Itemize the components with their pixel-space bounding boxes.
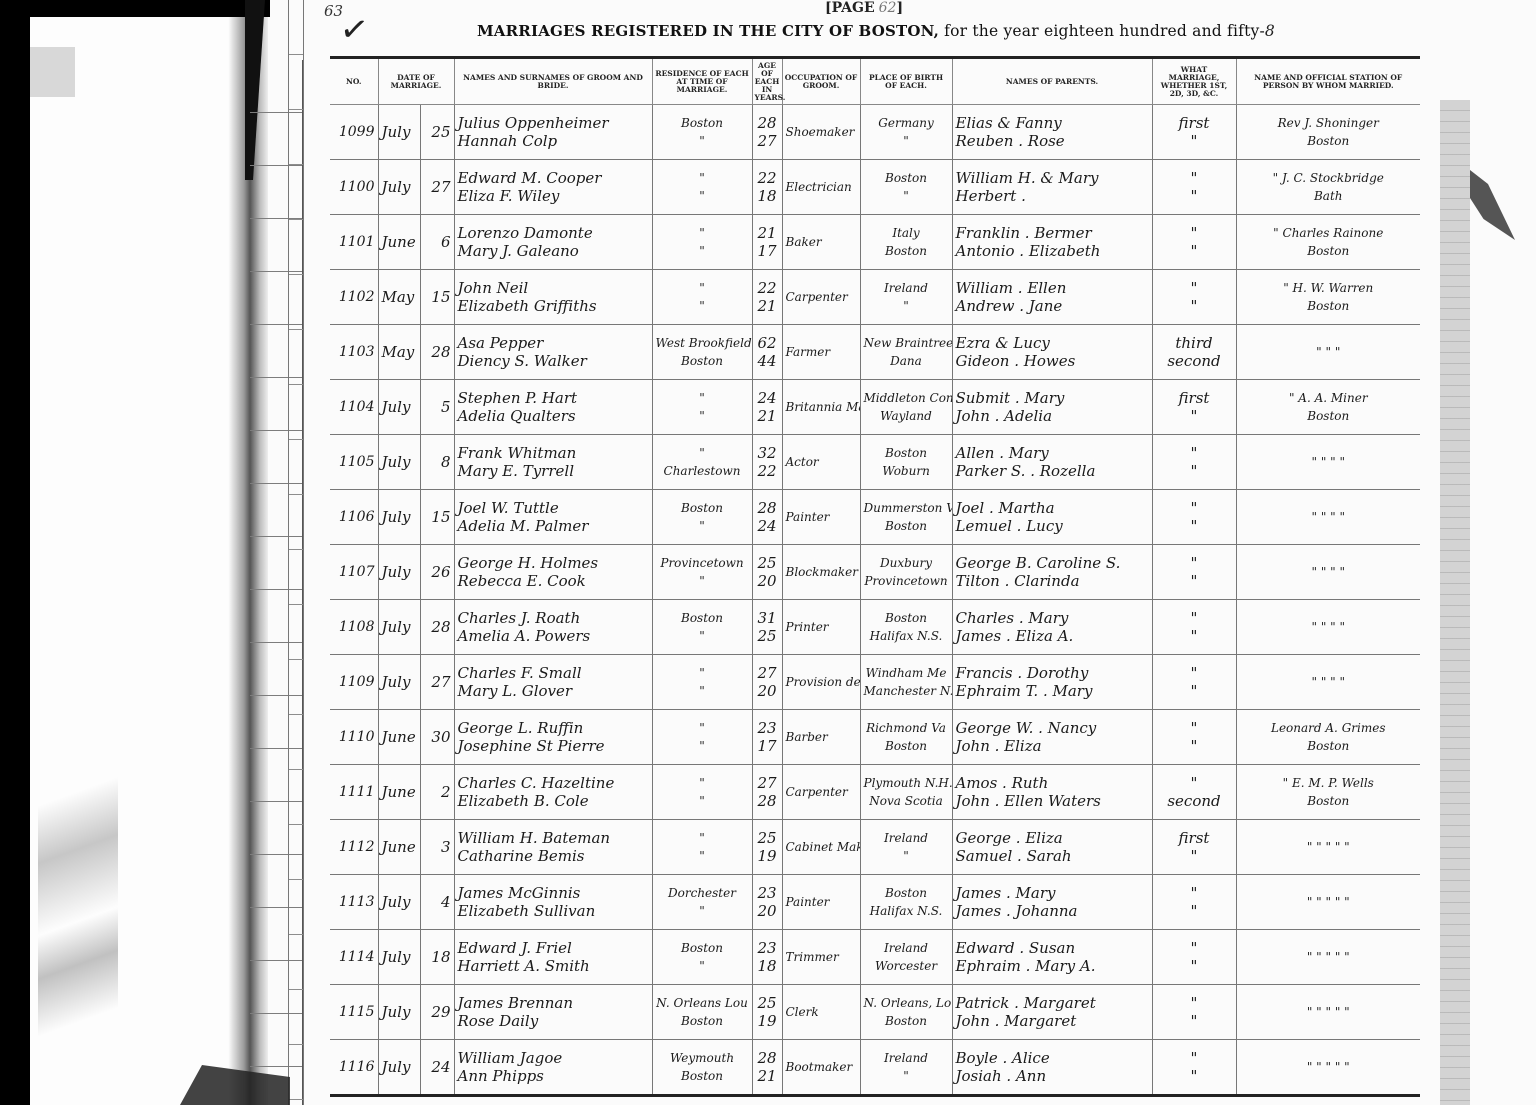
record-number-line: 1099: [333, 123, 375, 141]
what-marriage-line: ": [1156, 444, 1233, 462]
groom-and-bride-line: Frank Whitman: [458, 444, 649, 462]
occupation-line: Painter: [786, 893, 857, 911]
occupation-line: Britannia Maker: [786, 398, 857, 416]
residence: "": [652, 765, 752, 820]
what-marriage-line: ": [1156, 572, 1233, 590]
birthplace-line: ": [864, 132, 949, 150]
parents-line: George . Eliza: [956, 829, 1149, 847]
what-marriage: "": [1152, 875, 1236, 930]
record-number: 1101: [330, 215, 378, 270]
what-marriage-line: ": [1156, 242, 1233, 260]
occupation: Trimmer: [782, 930, 860, 985]
residence: "": [652, 270, 752, 325]
officiant-line: " E. M. P. Wells: [1240, 774, 1418, 792]
officiant: " " " ": [1236, 545, 1420, 600]
groom-and-bride-line: Stephen P. Hart: [458, 389, 649, 407]
birthplace-line: Boston: [864, 169, 949, 187]
ages-line: 24: [756, 517, 779, 535]
parents-line: Ephraim T. . Mary: [956, 682, 1149, 700]
marriage-day-line: 27: [424, 178, 451, 196]
parents-line: Reuben . Rose: [956, 132, 1149, 150]
occupation-line: Carpenter: [786, 288, 857, 306]
ages-line: 28: [756, 114, 779, 132]
groom-and-bride: James BrennanRose Daily: [454, 985, 652, 1040]
ages-line: 22: [756, 169, 779, 187]
what-marriage: first": [1152, 105, 1236, 160]
officiant-line: " " " ": [1240, 508, 1418, 526]
birthplace-line: Ireland: [864, 939, 949, 957]
record-number: 1100: [330, 160, 378, 215]
residence: Provincetown": [652, 545, 752, 600]
marriage-month: June: [378, 765, 420, 820]
occupation-line: Bootmaker: [786, 1058, 857, 1076]
ages-line: 27: [756, 132, 779, 150]
groom-and-bride-line: Charles F. Small: [458, 664, 649, 682]
marriage-day: 15: [420, 490, 454, 545]
table-row: 1114July18Edward J. FrielHarriett A. Smi…: [330, 930, 1420, 985]
folio-number: 63: [324, 2, 343, 20]
birthplace-line: ": [864, 297, 949, 315]
ages-line: 18: [756, 957, 779, 975]
column-header-parents: Names of Parents.: [952, 59, 1152, 105]
parents-line: Samuel . Sarah: [956, 847, 1149, 865]
groom-and-bride: John NeilElizabeth Griffiths: [454, 270, 652, 325]
record-number: 1114: [330, 930, 378, 985]
what-marriage: "": [1152, 600, 1236, 655]
residence-line: ": [656, 444, 749, 462]
birthplace: BostonHalifax N.S.: [860, 600, 952, 655]
birthplace: Ireland": [860, 270, 952, 325]
parents: George B. Caroline S.Tilton . Clarinda: [952, 545, 1152, 600]
marriage-day-line: 24: [424, 1058, 451, 1076]
groom-and-bride: Frank WhitmanMary E. Tyrrell: [454, 435, 652, 490]
birthplace-line: Ireland: [864, 279, 949, 297]
birthplace: Ireland": [860, 1040, 952, 1096]
parents: Submit . MaryJohn . Adelia: [952, 380, 1152, 435]
marriage-day-line: 28: [424, 618, 451, 636]
residence-line: Boston: [656, 609, 749, 627]
record-number-line: 1108: [333, 618, 375, 636]
marriage-day-line: 8: [424, 453, 451, 471]
record-number-line: 1115: [333, 1003, 375, 1021]
ages-line: 20: [756, 902, 779, 920]
ages: 2520: [752, 545, 782, 600]
marriage-day-line: 18: [424, 948, 451, 966]
parents-line: Ezra & Lucy: [956, 334, 1149, 352]
parents-line: Franklin . Bermer: [956, 224, 1149, 242]
officiant: " " " " ": [1236, 875, 1420, 930]
officiant: " H. W. WarrenBoston: [1236, 270, 1420, 325]
groom-and-bride-line: Elizabeth Griffiths: [458, 297, 649, 315]
what-marriage-line: ": [1156, 517, 1233, 535]
what-marriage-line: ": [1156, 279, 1233, 297]
ages-line: 18: [756, 187, 779, 205]
groom-and-bride: Charles J. RoathAmelia A. Powers: [454, 600, 652, 655]
parents: Francis . DorothyEphraim T. . Mary: [952, 655, 1152, 710]
officiant: " " " ": [1236, 490, 1420, 545]
marriage-day: 4: [420, 875, 454, 930]
parents-line: Herbert .: [956, 187, 1149, 205]
occupation-line: Baker: [786, 233, 857, 251]
record-number-line: 1104: [333, 398, 375, 416]
birthplace: Plymouth N.H.Nova Scotia: [860, 765, 952, 820]
parents: Elias & FannyReuben . Rose: [952, 105, 1152, 160]
parents-line: Francis . Dorothy: [956, 664, 1149, 682]
what-marriage: first": [1152, 380, 1236, 435]
what-marriage-line: ": [1156, 187, 1233, 205]
what-marriage-line: first: [1156, 829, 1233, 847]
birthplace-line: Ireland: [864, 1049, 949, 1067]
parents-line: Submit . Mary: [956, 389, 1149, 407]
parents: William . EllenAndrew . Jane: [952, 270, 1152, 325]
parents-line: John . Margaret: [956, 1012, 1149, 1030]
groom-and-bride-line: Elizabeth B. Cole: [458, 792, 649, 810]
table-row: 1107July26George H. HolmesRebecca E. Coo…: [330, 545, 1420, 600]
ages: 2720: [752, 655, 782, 710]
marriage-day-line: 15: [424, 288, 451, 306]
residence-line: ": [656, 572, 749, 590]
birthplace-line: Germany: [864, 114, 949, 132]
parents: Allen . MaryParker S. . Rozella: [952, 435, 1152, 490]
record-number: 1113: [330, 875, 378, 930]
parents: George . ElizaSamuel . Sarah: [952, 820, 1152, 875]
occupation-line: Electrician: [786, 178, 857, 196]
ages: 3222: [752, 435, 782, 490]
parents-line: Antonio . Elizabeth: [956, 242, 1149, 260]
birthplace-line: Boston: [864, 737, 949, 755]
parents: James . MaryJames . Johanna: [952, 875, 1152, 930]
groom-and-bride-line: Elizabeth Sullivan: [458, 902, 649, 920]
birthplace: BostonHalifax N.S.: [860, 875, 952, 930]
ages-line: 28: [756, 499, 779, 517]
table-row: 1113July4James McGinnisElizabeth Sulliva…: [330, 875, 1420, 930]
birthplace-line: New Braintree: [864, 334, 949, 352]
marriage-day: 27: [420, 160, 454, 215]
record-number-line: 1113: [333, 893, 375, 911]
groom-and-bride-line: Charles J. Roath: [458, 609, 649, 627]
residence-line: Charlestown: [656, 462, 749, 480]
marriage-day: 29: [420, 985, 454, 1040]
residence-line: ": [656, 389, 749, 407]
ages-line: 62: [756, 334, 779, 352]
birthplace: ItalyBoston: [860, 215, 952, 270]
birthplace-line: Boston: [864, 609, 949, 627]
groom-and-bride-line: Adelia M. Palmer: [458, 517, 649, 535]
what-marriage: "": [1152, 985, 1236, 1040]
parents-line: Elias & Fanny: [956, 114, 1149, 132]
ages-line: 24: [756, 389, 779, 407]
table-row: 1116July24William JagoeAnn PhippsWeymout…: [330, 1040, 1420, 1096]
birthplace-line: Boston: [864, 444, 949, 462]
groom-and-bride-line: Rose Daily: [458, 1012, 649, 1030]
scan-border-top: [0, 0, 270, 17]
marriage-month: July: [378, 435, 420, 490]
previous-page-edge: [30, 17, 245, 1105]
table-header: No.Date of Marriage.Names and Surnames o…: [330, 59, 1420, 105]
ages-line: 19: [756, 1012, 779, 1030]
officiant-line: Boston: [1240, 242, 1418, 260]
officiant-line: " " " " ": [1240, 838, 1418, 856]
record-number: 1105: [330, 435, 378, 490]
record-number: 1116: [330, 1040, 378, 1096]
what-marriage-line: ": [1156, 609, 1233, 627]
marriage-day-line: 2: [424, 783, 451, 801]
record-number: 1104: [330, 380, 378, 435]
birthplace-line: N. Orleans, Lou: [864, 994, 949, 1012]
officiant-line: Boston: [1240, 792, 1418, 810]
ages-line: 21: [756, 224, 779, 242]
officiant-line: " A. A. Miner: [1240, 389, 1418, 407]
officiant: " " " ": [1236, 600, 1420, 655]
page-number: 62: [879, 0, 897, 16]
record-number-line: 1111: [333, 783, 375, 801]
birthplace: Windham MeManchester N.H.: [860, 655, 952, 710]
parents-line: Gideon . Howes: [956, 352, 1149, 370]
officiant-line: " " " " ": [1240, 1003, 1418, 1021]
what-marriage-line: ": [1156, 664, 1233, 682]
residence-line: Boston: [656, 499, 749, 517]
what-marriage-line: ": [1156, 224, 1233, 242]
record-number: 1112: [330, 820, 378, 875]
marriage-month-line: July: [382, 1003, 417, 1021]
what-marriage-line: ": [1156, 719, 1233, 737]
birthplace-line: ": [864, 847, 949, 865]
marriage-day: 25: [420, 105, 454, 160]
groom-and-bride-line: Charles C. Hazeltine: [458, 774, 649, 792]
what-marriage-line: ": [1156, 902, 1233, 920]
groom-and-bride-line: Adelia Qualters: [458, 407, 649, 425]
residence-line: Boston: [656, 114, 749, 132]
occupation-line: Farmer: [786, 343, 857, 361]
title-rest: for the year eighteen hundred and fifty-: [944, 22, 1265, 40]
marriage-day-line: 26: [424, 563, 451, 581]
groom-and-bride-line: Amelia A. Powers: [458, 627, 649, 645]
what-marriage-line: ": [1156, 884, 1233, 902]
parents-line: Parker S. . Rozella: [956, 462, 1149, 480]
marriage-month-line: June: [382, 838, 417, 856]
ages: 2827: [752, 105, 782, 160]
birthplace-line: Wayland: [864, 407, 949, 425]
officiant: " E. M. P. WellsBoston: [1236, 765, 1420, 820]
residence-line: ": [656, 297, 749, 315]
officiant-line: Boston: [1240, 297, 1418, 315]
ages-line: 32: [756, 444, 779, 462]
groom-and-bride: Edward M. CooperEliza F. Wiley: [454, 160, 652, 215]
groom-and-bride: Charles C. HazeltineElizabeth B. Cole: [454, 765, 652, 820]
occupation: Baker: [782, 215, 860, 270]
marriage-day: 26: [420, 545, 454, 600]
occupation: Provision dealer: [782, 655, 860, 710]
marriage-month-line: July: [382, 398, 417, 416]
ages-line: 31: [756, 609, 779, 627]
occupation: Printer: [782, 600, 860, 655]
occupation-line: Trimmer: [786, 948, 857, 966]
parents-line: James . Eliza A.: [956, 627, 1149, 645]
birthplace-line: Halifax N.S.: [864, 902, 949, 920]
marriage-day: 28: [420, 325, 454, 380]
record-number-line: 1112: [333, 838, 375, 856]
table-row: 1105July8Frank WhitmanMary E. Tyrrell"Ch…: [330, 435, 1420, 490]
what-marriage-line: ": [1156, 994, 1233, 1012]
table-row: 1099July25Julius OppenheimerHannah ColpB…: [330, 105, 1420, 160]
marriage-month-line: July: [382, 453, 417, 471]
birthplace-line: Provincetown: [864, 572, 949, 590]
marriage-month-line: June: [382, 783, 417, 801]
groom-and-bride-line: James McGinnis: [458, 884, 649, 902]
occupation: Carpenter: [782, 270, 860, 325]
occupation: Electrician: [782, 160, 860, 215]
residence-line: ": [656, 664, 749, 682]
marriage-day: 6: [420, 215, 454, 270]
parents-line: Charles . Mary: [956, 609, 1149, 627]
residence: "": [652, 820, 752, 875]
groom-and-bride-line: Edward M. Cooper: [458, 169, 649, 187]
what-marriage: "": [1152, 930, 1236, 985]
marriage-month: June: [378, 820, 420, 875]
officiant-line: " " " ": [1240, 673, 1418, 691]
marriage-day-line: 27: [424, 673, 451, 691]
record-number-line: 1110: [333, 728, 375, 746]
residence-line: ": [656, 407, 749, 425]
residence: West BrookfieldBoston: [652, 325, 752, 380]
birthplace-line: Manchester N.H.: [864, 682, 949, 700]
occupation: Painter: [782, 490, 860, 545]
marriage-day: 18: [420, 930, 454, 985]
birthplace: Richmond VaBoston: [860, 710, 952, 765]
occupation: Carpenter: [782, 765, 860, 820]
groom-and-bride-line: James Brennan: [458, 994, 649, 1012]
record-number-line: 1101: [333, 233, 375, 251]
scan-bottom-margin: [0, 1105, 1536, 1115]
groom-and-bride-line: Ann Phipps: [458, 1067, 649, 1085]
marriage-month: July: [378, 930, 420, 985]
what-marriage: thirdsecond: [1152, 325, 1236, 380]
marriage-month-line: July: [382, 123, 417, 141]
marriage-month: June: [378, 215, 420, 270]
marriage-month: July: [378, 490, 420, 545]
officiant: Leonard A. GrimesBoston: [1236, 710, 1420, 765]
record-number: 1108: [330, 600, 378, 655]
residence: WeymouthBoston: [652, 1040, 752, 1096]
groom-and-bride-line: Harriett A. Smith: [458, 957, 649, 975]
marriage-month: July: [378, 380, 420, 435]
table-row: 1104July5Stephen P. HartAdelia Qualters"…: [330, 380, 1420, 435]
parents-line: James . Johanna: [956, 902, 1149, 920]
groom-and-bride-line: Julius Oppenheimer: [458, 114, 649, 132]
what-marriage: "": [1152, 1040, 1236, 1096]
groom-and-bride-line: Asa Pepper: [458, 334, 649, 352]
residence-line: ": [656, 829, 749, 847]
marriage-month-line: June: [382, 233, 417, 251]
marriage-month: June: [378, 710, 420, 765]
groom-and-bride-line: William Jagoe: [458, 1049, 649, 1067]
ages: 2117: [752, 215, 782, 270]
residence-line: ": [656, 224, 749, 242]
ages-line: 44: [756, 352, 779, 370]
marriage-month-line: July: [382, 618, 417, 636]
residence-line: ": [656, 902, 749, 920]
what-marriage: first": [1152, 820, 1236, 875]
occupation: Cabinet Maker: [782, 820, 860, 875]
occupation-line: Painter: [786, 508, 857, 526]
groom-and-bride: William H. BatemanCatharine Bemis: [454, 820, 652, 875]
parents-line: Patrick . Margaret: [956, 994, 1149, 1012]
marriage-month-line: July: [382, 948, 417, 966]
groom-and-bride-line: George L. Ruffin: [458, 719, 649, 737]
ages-line: 17: [756, 737, 779, 755]
groom-and-bride: George L. RuffinJosephine St Pierre: [454, 710, 652, 765]
ages-line: 19: [756, 847, 779, 865]
marriage-month: July: [378, 985, 420, 1040]
marriage-month-line: July: [382, 178, 417, 196]
record-number-line: 1114: [333, 948, 375, 966]
what-marriage-line: ": [1156, 957, 1233, 975]
officiant-line: " Charles Rainone: [1240, 224, 1418, 242]
marriage-day-line: 6: [424, 233, 451, 251]
record-number-line: 1116: [333, 1058, 375, 1076]
ages-line: 23: [756, 719, 779, 737]
birthplace-line: Plymouth N.H.: [864, 774, 949, 792]
next-page-edge: [1440, 100, 1470, 1105]
officiant: " " " " ": [1236, 985, 1420, 1040]
residence-line: Provincetown: [656, 554, 749, 572]
marriage-month: July: [378, 545, 420, 600]
record-number-line: 1106: [333, 508, 375, 526]
groom-and-bride: George H. HolmesRebecca E. Cook: [454, 545, 652, 600]
birthplace-line: Boston: [864, 517, 949, 535]
record-number: 1106: [330, 490, 378, 545]
what-marriage-line: ": [1156, 462, 1233, 480]
marriage-month-line: July: [382, 673, 417, 691]
marriage-month-line: June: [382, 728, 417, 746]
marriage-month: July: [378, 105, 420, 160]
scan-border: [0, 0, 30, 1105]
ages-line: 22: [756, 279, 779, 297]
marriage-day-line: 29: [424, 1003, 451, 1021]
crease-shadow: [38, 777, 118, 1037]
what-marriage-line: ": [1156, 169, 1233, 187]
ages-line: 23: [756, 939, 779, 957]
officiant-line: Boston: [1240, 132, 1418, 150]
what-marriage-line: second: [1156, 352, 1233, 370]
record-number-line: 1102: [333, 288, 375, 306]
marriage-month-line: May: [382, 343, 417, 361]
residence-line: N. Orleans Lou: [656, 994, 749, 1012]
what-marriage-line: ": [1156, 132, 1233, 150]
ages-line: 25: [756, 829, 779, 847]
birthplace-line: Dana: [864, 352, 949, 370]
groom-and-bride-line: Joel W. Tuttle: [458, 499, 649, 517]
ages: 2317: [752, 710, 782, 765]
groom-and-bride-line: Lorenzo Damonte: [458, 224, 649, 242]
column-header-residence: Residence of each at time of Marriage.: [652, 59, 752, 105]
groom-and-bride: Stephen P. HartAdelia Qualters: [454, 380, 652, 435]
birthplace-line: Middleton Conn: [864, 389, 949, 407]
marriage-day-line: 3: [424, 838, 451, 856]
parents-line: John . Eliza: [956, 737, 1149, 755]
officiant-line: Boston: [1240, 737, 1418, 755]
ages-line: 20: [756, 682, 779, 700]
occupation-line: Provision dealer: [786, 673, 857, 691]
officiant: " A. A. MinerBoston: [1236, 380, 1420, 435]
occupation: Clerk: [782, 985, 860, 1040]
residence: "": [652, 160, 752, 215]
record-number: 1102: [330, 270, 378, 325]
parents: Amos . RuthJohn . Ellen Waters: [952, 765, 1152, 820]
parents-line: Edward . Susan: [956, 939, 1149, 957]
marriage-month: July: [378, 160, 420, 215]
marriage-month-line: July: [382, 563, 417, 581]
